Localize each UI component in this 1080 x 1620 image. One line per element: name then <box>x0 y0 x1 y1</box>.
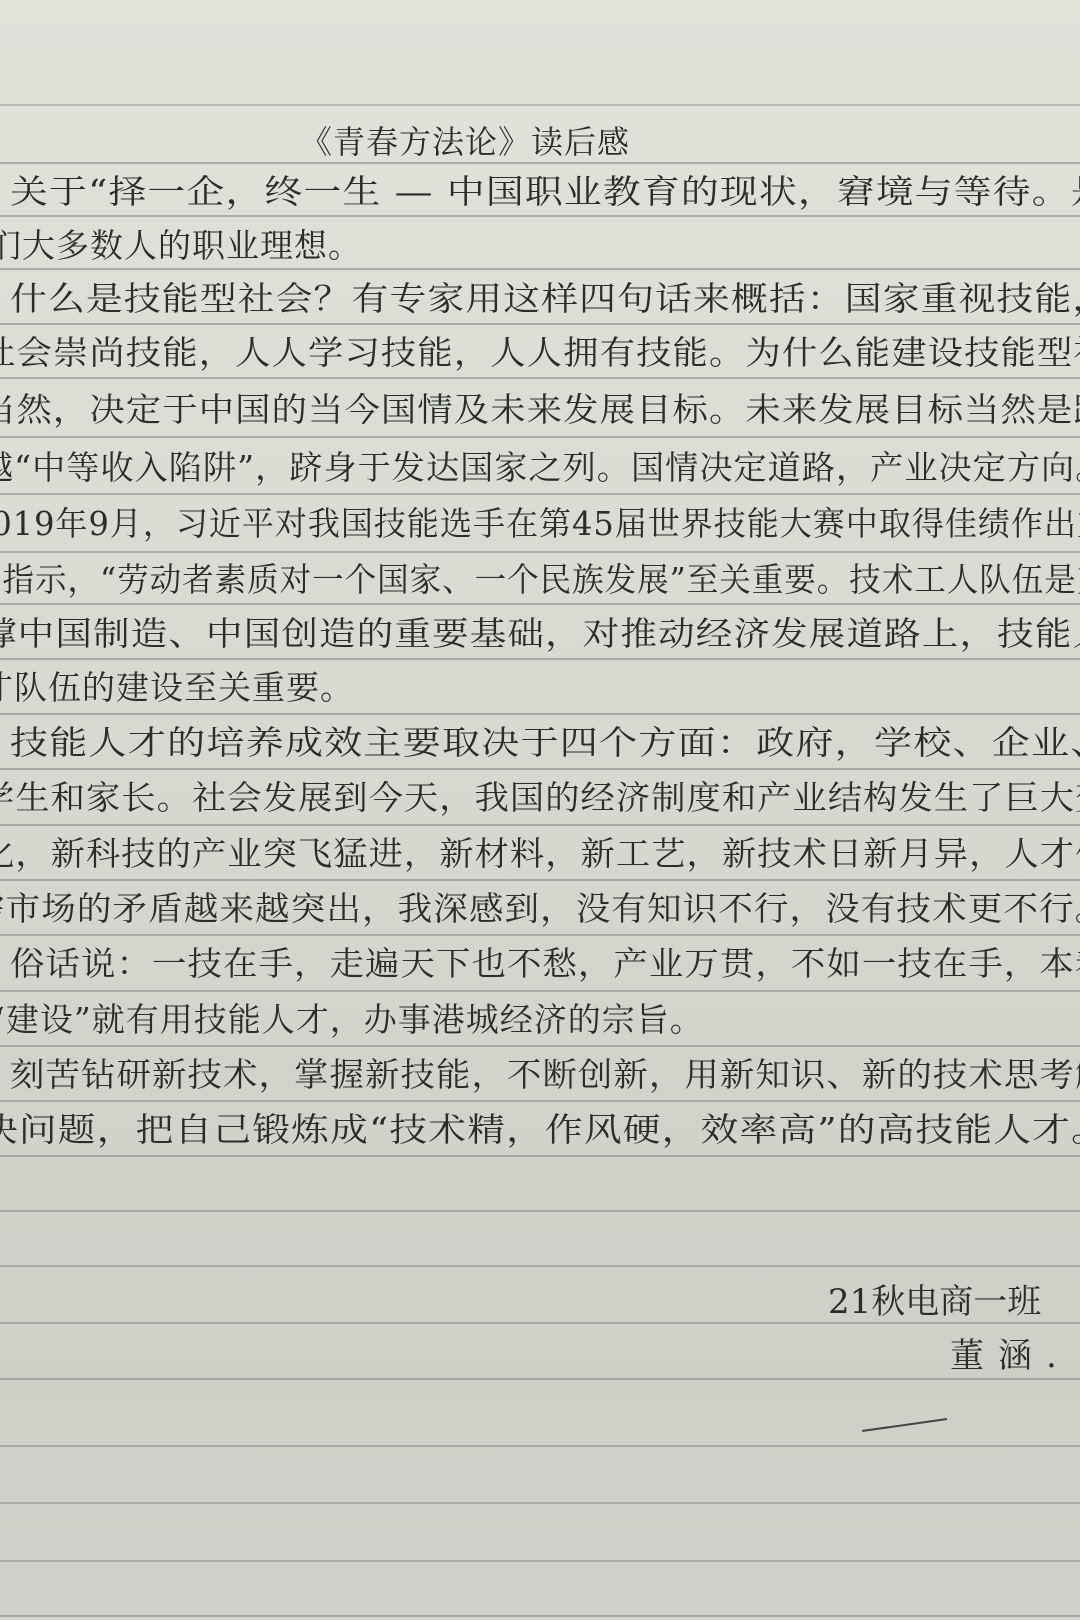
text-line: 化，新科技的产业突飞猛进，新材料，新工艺，新技术日新月异，人才供 <box>0 832 1080 876</box>
text-line: 撑中国制造、中国创造的重要基础，对推动经济发展道路上，技能人 <box>0 612 1080 656</box>
text-line: 关于“择一企，终一生 — 中国职业教育的现状，窘境与等待。是 <box>10 170 1080 214</box>
text-line: 刻苦钻研新技术，掌握新技能，不断创新，用新知识、新的技术思考解 <box>10 1053 1080 1097</box>
essay-title: 《青春方法论》读后感 <box>300 117 630 163</box>
text-line: 要指示，“劳动者素质对一个国家、一个民族发展”至关重要。技术工人队伍是支 <box>0 558 1080 602</box>
signature-name: 董涵. <box>950 1328 1071 1377</box>
text-line: 社会崇尚技能，人人学习技能，人人拥有技能。为什么能建设技能型社 <box>0 331 1080 375</box>
text-line: 决问题，把自己锻炼成“技术精，作风硬，效率高”的高技能人才。 <box>0 1108 1080 1152</box>
text-line: 2019年9月，习近平对我国技能选手在第45届世界技能大赛中取得佳绩作出重 <box>0 502 1080 546</box>
text-line: 才队伍的建设至关重要。 <box>0 666 354 710</box>
text-line: 什么是技能型社会？有专家用这样四句话来概括：国家重视技能， <box>10 277 1080 321</box>
text-line: 学生和家长。社会发展到今天，我国的经济制度和产业结构发生了巨大变 <box>0 776 1080 820</box>
signature-class: 21秋电商一班 <box>828 1274 1041 1323</box>
text-line: 俗话说：一技在手，走遍天下也不愁，产业万贯，不如一技在手，本着 <box>10 942 1080 986</box>
text-line: “建设”就有用技能人才，办事港城经济的宗旨。 <box>0 998 704 1042</box>
text-line: 越“中等收入陷阱”，跻身于发达国家之列。国情决定道路，产业决定方向。 <box>0 446 1080 490</box>
text-line: 技能人才的培养成效主要取决于四个方面：政府，学校、企业、 <box>10 721 1080 765</box>
notebook-page: 《青春方法论》读后感 关于“择一企，终一生 — 中国职业教育的现状，窘境与等待。… <box>0 0 1080 1620</box>
pen-stroke-mark <box>862 1418 947 1432</box>
text-line: 当然，决定于中国的当今国情及未来发展目标。未来发展目标当然是跨 <box>0 388 1080 432</box>
text-line: 需市场的矛盾越来越突出，我深感到，没有知识不行，没有技术更不行。 <box>0 887 1080 931</box>
top-rule-line <box>0 104 1080 106</box>
text-line: 们大多数人的职业理想。 <box>0 224 362 268</box>
